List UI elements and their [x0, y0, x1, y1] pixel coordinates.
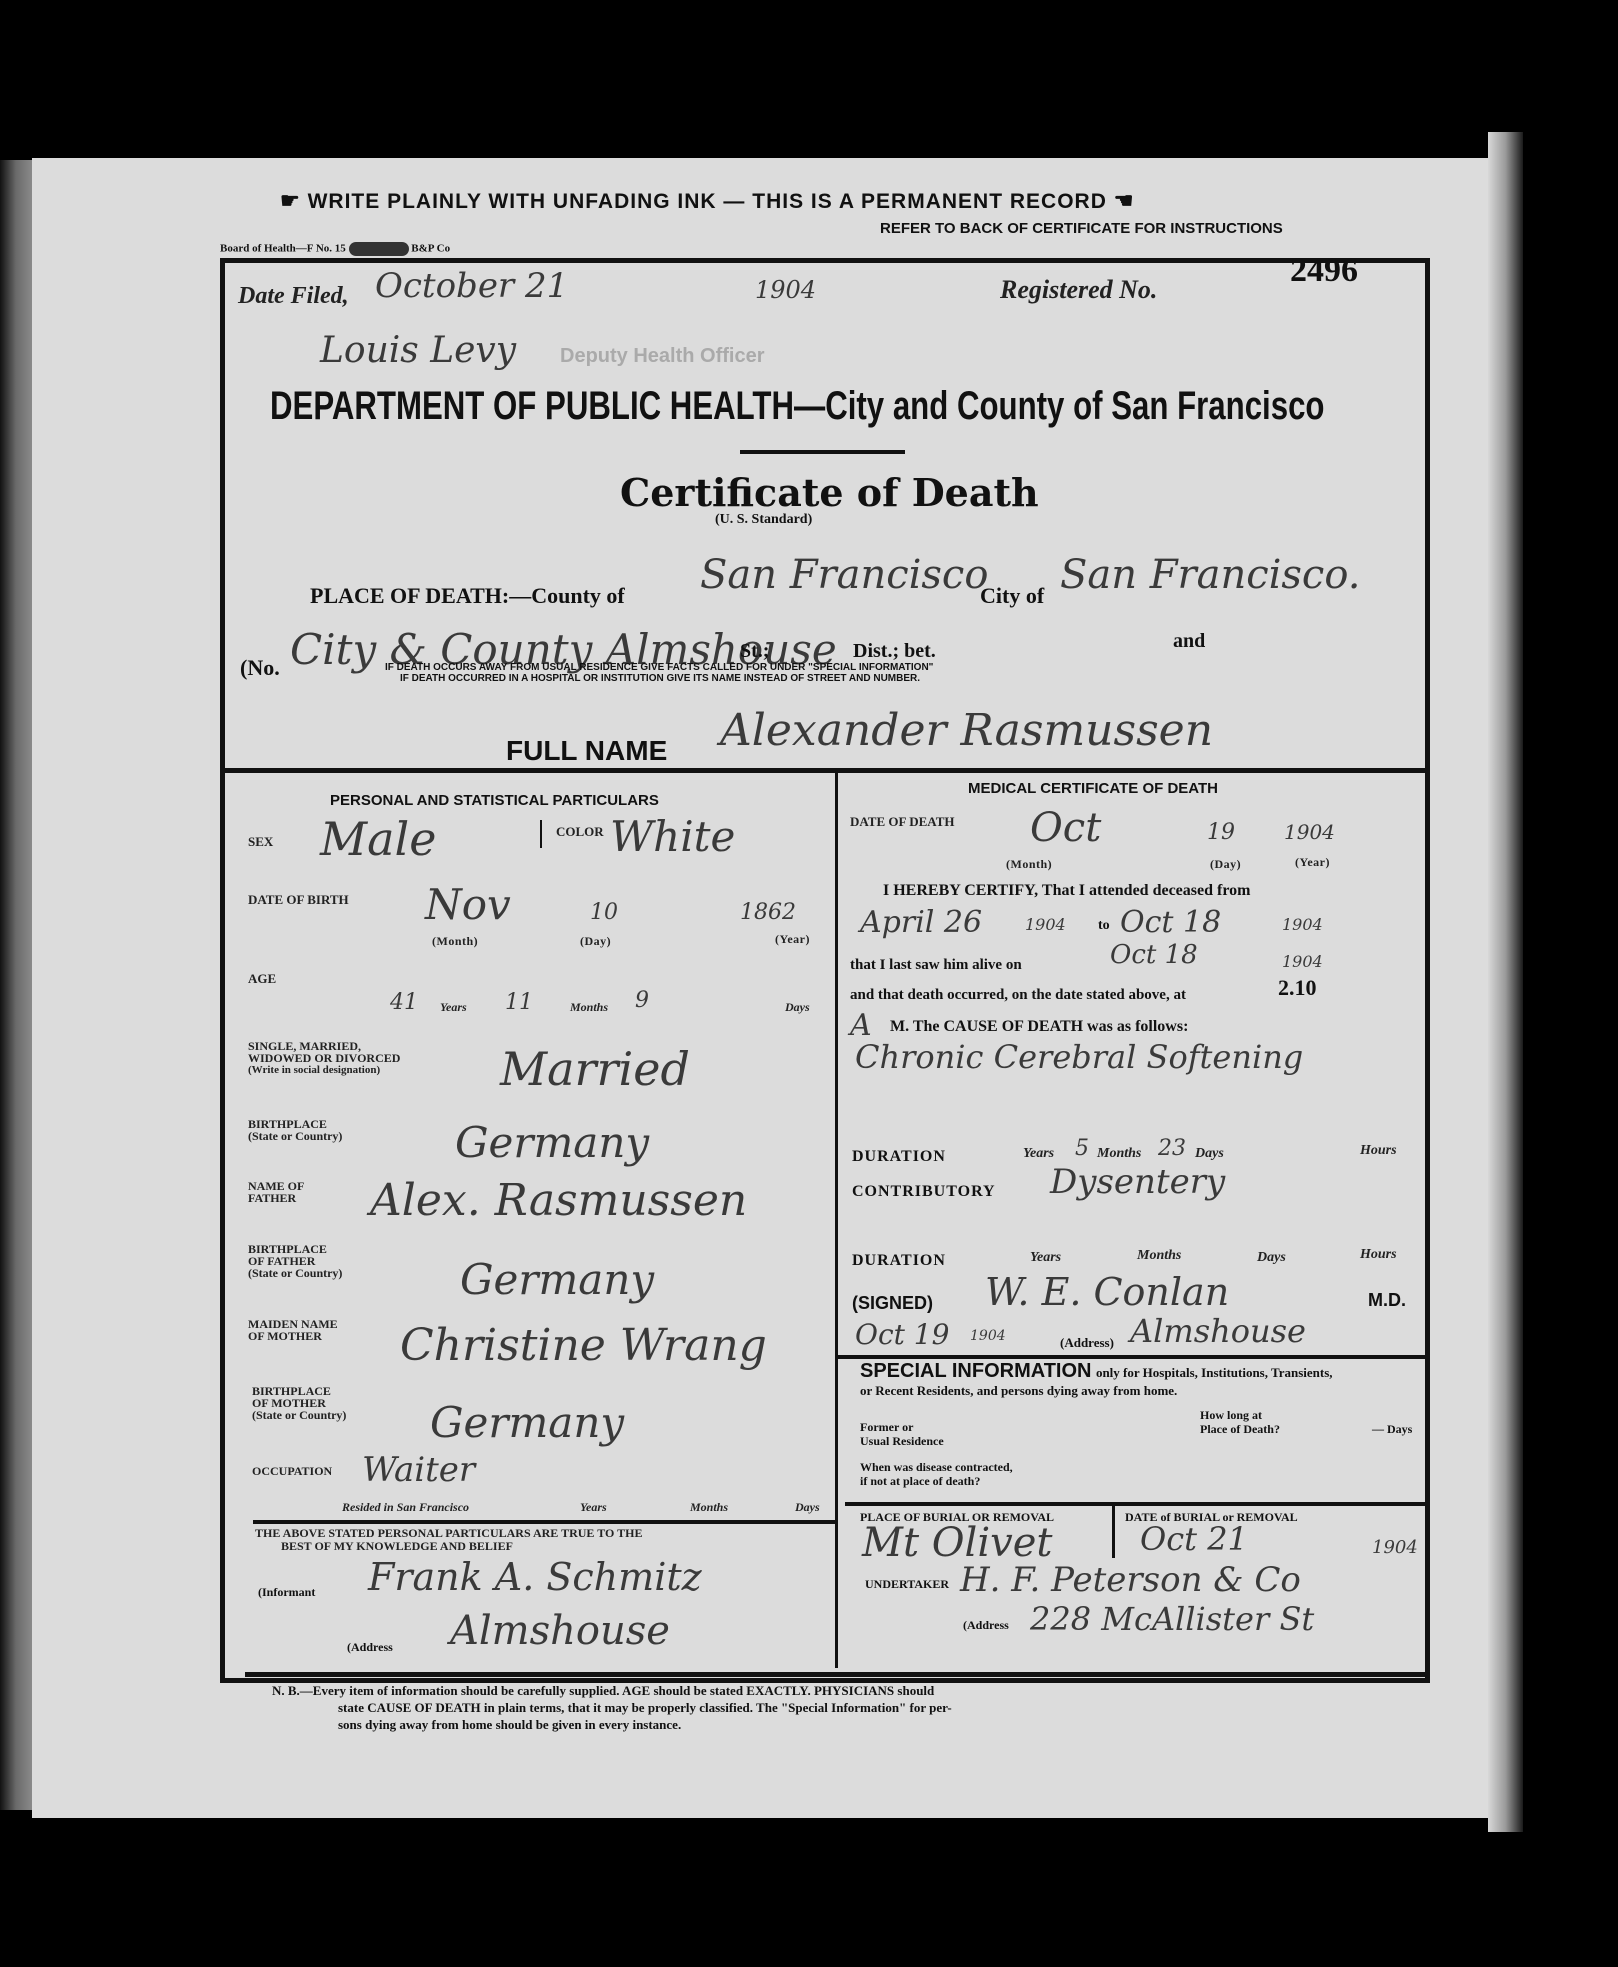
footer-divider [245, 1672, 1425, 1677]
occupation-value: Waiter [362, 1450, 475, 1490]
duration-years-label: Years [1023, 1146, 1054, 1162]
resided-years-label: Years [580, 1500, 607, 1515]
last-saw-year: 1904 [1282, 952, 1323, 971]
burial-date-value: Oct 21 [1140, 1520, 1248, 1558]
marital-label: SINGLE, MARRIED, WIDOWED OR DIVORCED (Wr… [248, 1040, 400, 1076]
dob-year-caption: (Year) [775, 932, 810, 947]
street-no-label: (No. [240, 655, 280, 681]
age-months: 11 [505, 990, 533, 1015]
dod-day-caption: (Day) [1210, 857, 1241, 872]
md-label: M.D. [1368, 1290, 1406, 1311]
personal-heading: PERSONAL AND STATISTICAL PARTICULARS [330, 792, 659, 809]
resided-days-label: Days [795, 1500, 820, 1515]
district-label: Dist.; bet. [853, 640, 936, 663]
age-months-label: Months [570, 1000, 608, 1015]
registered-number: 2496 [1290, 252, 1358, 290]
full-name-label: FULL NAME [506, 735, 667, 767]
father-name-value: Alex. Rasmussen [370, 1175, 747, 1226]
dod-label: DATE OF DEATH [850, 815, 955, 828]
death-time-label: and that death occurred, on the date sta… [850, 987, 1186, 1004]
attended-from-year: 1904 [1025, 915, 1066, 934]
instructions-note: REFER TO BACK OF CERTIFICATE FOR INSTRUC… [880, 220, 1283, 237]
scan-background-top [0, 0, 1618, 158]
footer-note: N. B.—Every item of information should b… [272, 1682, 952, 1733]
dob-year: 1862 [740, 900, 796, 925]
mother-name-value: Christine Wrang [400, 1320, 767, 1371]
undertaker-value: H. F. Peterson & Co [960, 1560, 1301, 1600]
place-note-1: IF DEATH OCCURS AWAY FROM USUAL RESIDENC… [385, 662, 933, 673]
undertaker-label: UNDERTAKER [865, 1577, 949, 1592]
name-divider [225, 768, 1425, 773]
officer-title: Deputy Health Officer [560, 345, 764, 368]
special-heading: SPECIAL INFORMATION only for Hospitals, … [860, 1360, 1333, 1383]
officer-signature: Louis Levy [320, 330, 516, 371]
city-label: City of [980, 583, 1044, 609]
dod-year: 1904 [1284, 820, 1335, 844]
medical-heading: MEDICAL CERTIFICATE OF DEATH [968, 780, 1218, 797]
occupation-label: OCCUPATION [252, 1465, 332, 1478]
birthplace-label: BIRTHPLACE (State or Country) [248, 1118, 342, 1142]
pointing-hand-left-icon: ☚ [1114, 188, 1135, 213]
color-label: COLOR [556, 825, 604, 838]
dob-month: Nov [425, 880, 511, 929]
age-days: 9 [635, 988, 649, 1013]
sex-label: SEX [248, 835, 273, 848]
certify-text: I HEREBY CERTIFY, That I attended deceas… [883, 882, 1250, 900]
date-filed-label: Date Filed, [238, 283, 349, 310]
to-label: to [1098, 918, 1110, 934]
signed-date: Oct 19 [855, 1318, 949, 1351]
informant-address-value: Almshouse [450, 1608, 670, 1654]
last-saw-label: that I last saw him alive on [850, 957, 1022, 974]
attended-to-year: 1904 [1282, 915, 1323, 934]
father-birthplace-value: Germany [460, 1255, 654, 1304]
duration2-hours-label: Hours [1360, 1247, 1397, 1263]
mother-birthplace-label: BIRTHPLACE OF MOTHER (State or Country) [252, 1385, 346, 1421]
cause-value: Chronic Cerebral Softening [855, 1038, 1303, 1076]
dob-month-caption: (Month) [432, 934, 478, 949]
duration2-days-label: Days [1257, 1250, 1286, 1266]
dod-month: Oct [1030, 805, 1101, 851]
date-filed-value: October 21 [375, 266, 568, 306]
attest-text: THE ABOVE STATED PERSONAL PARTICULARS AR… [255, 1527, 642, 1553]
cause-label: M. The CAUSE OF DEATH was as follows: [890, 1018, 1188, 1036]
burial-divider [845, 1502, 1425, 1506]
header-banner: ☛ WRITE PLAINLY WITH UNFADING INK — THIS… [280, 188, 1134, 214]
contributory-value: Dysentery [1050, 1162, 1225, 1202]
title-divider [740, 450, 905, 454]
father-name-label: NAME OF FATHER [248, 1180, 304, 1204]
burial-date-year: 1904 [1372, 1537, 1418, 1558]
dod-day: 19 [1207, 820, 1235, 845]
city-value: San Francisco. [1060, 552, 1360, 598]
duration-hours-label: Hours [1360, 1143, 1397, 1159]
color-value: White [610, 812, 735, 861]
undertaker-address-value: 228 McAllister St [1030, 1600, 1314, 1638]
and-label: and [1173, 630, 1205, 653]
birthplace-value: Germany [455, 1118, 649, 1167]
signed-label: (SIGNED) [852, 1293, 933, 1314]
duration-months-label: Months [1097, 1146, 1141, 1162]
signed-year: 1904 [970, 1328, 1006, 1344]
duration-days-label: Days [1195, 1146, 1224, 1162]
street-label: St.; [740, 640, 769, 663]
resided-months-label: Months [690, 1500, 728, 1515]
dob-label: DATE OF BIRTH [248, 893, 349, 906]
pointing-hand-icon: ☛ [280, 188, 301, 213]
page-edge-shadow [1488, 132, 1523, 1832]
physician-address-label: (Address) [1060, 1335, 1114, 1351]
mother-name-label: MAIDEN NAME OF MOTHER [248, 1318, 338, 1342]
physician-address-value: Almshouse [1130, 1312, 1306, 1350]
sex-value: Male [320, 812, 436, 866]
registered-label: Registered No. [1000, 275, 1157, 305]
duration2-months-label: Months [1137, 1248, 1181, 1264]
certificate-title: Certificate of Death [620, 470, 1039, 515]
informant-value: Frank A. Schmitz [368, 1555, 702, 1599]
duration-months: 5 [1075, 1136, 1089, 1161]
duration2-years-label: Years [1030, 1250, 1061, 1266]
how-long-label: How long at Place of Death? [1200, 1408, 1280, 1436]
age-days-label: Days [785, 1000, 810, 1015]
dod-month-caption: (Month) [1006, 857, 1052, 872]
resided-label: Resided in San Francisco [342, 1500, 469, 1515]
physician-signature: W. E. Conlan [985, 1270, 1229, 1314]
how-long-days: — Days [1372, 1422, 1412, 1437]
department-title: DEPARTMENT OF PUBLIC HEALTH—City and Cou… [270, 384, 1324, 429]
death-time-value: 2.10 [1278, 975, 1317, 1001]
contracted-label: When was disease contracted, if not at p… [860, 1460, 1013, 1488]
form-id: Board of Health—F No. 15 B&P Co [220, 242, 450, 256]
burial-column-divider [1112, 1506, 1115, 1558]
attest-divider [253, 1520, 835, 1524]
father-birthplace-label: BIRTHPLACE OF FATHER (State or Country) [248, 1243, 342, 1279]
place-note-2: IF DEATH OCCURRED IN A HOSPITAL OR INSTI… [400, 673, 920, 684]
date-filed-year: 1904 [755, 276, 816, 304]
standard-caption: (U. S. Standard) [715, 512, 812, 528]
full-name-value: Alexander Rasmussen [720, 705, 1213, 756]
undertaker-address-label: (Address [963, 1618, 1009, 1633]
informant-address-label: (Address [347, 1640, 393, 1655]
mother-birthplace-value: Germany [430, 1398, 624, 1447]
dob-day: 10 [590, 900, 618, 925]
age-years: 41 [390, 990, 418, 1015]
duration2-label: DURATION [852, 1252, 946, 1270]
duration-days: 23 [1158, 1136, 1186, 1161]
last-saw-value: Oct 18 [1110, 940, 1198, 970]
age-years-label: Years [440, 1000, 467, 1015]
attended-to: Oct 18 [1120, 905, 1221, 940]
special-divider [838, 1355, 1425, 1359]
age-label: AGE [248, 972, 276, 985]
county-value: San Francisco [700, 552, 988, 598]
sex-color-divider [540, 820, 542, 848]
column-divider [835, 773, 838, 1668]
duration-label: DURATION [852, 1148, 946, 1166]
place-of-death-label: PLACE OF DEATH:—County of [310, 583, 625, 609]
dod-year-caption: (Year) [1295, 855, 1330, 870]
former-residence-label: Former or Usual Residence [860, 1420, 944, 1448]
contributory-label: CONTRIBUTORY [852, 1183, 996, 1201]
dob-day-caption: (Day) [580, 934, 611, 949]
informant-label: (Informant [258, 1585, 315, 1600]
attended-from: April 26 [860, 905, 982, 940]
union-label-icon [349, 242, 409, 256]
marital-value: Married [500, 1042, 690, 1096]
special-heading-note: or Recent Residents, and persons dying a… [860, 1383, 1177, 1399]
